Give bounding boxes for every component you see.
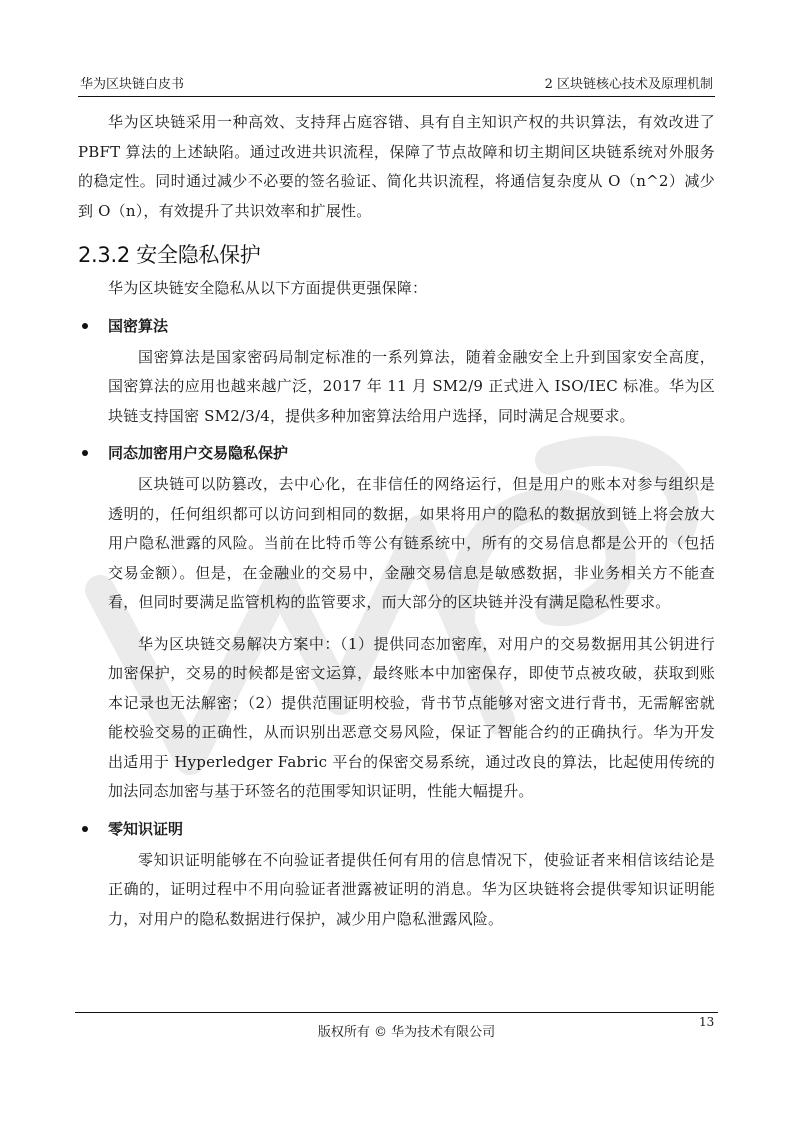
section-heading: 2.3.2 安全隐私保护 (78, 240, 715, 270)
page-content: 华为区块链采用一种高效、支持拜占庭容错、具有自主知识产权的共识算法，有效改进了 … (78, 108, 715, 934)
bullet-item-body: 区块链可以防篡改，去中心化，在非信任的网络运行，但是用户的账本对参与组织是透明的… (78, 470, 715, 807)
bullet-icon (82, 323, 88, 329)
page-header: 华为区块链白皮书 2 区块链核心技术及原理机制 (78, 76, 715, 96)
bullet-icon (82, 826, 88, 832)
intro-paragraph: 华为区块链采用一种高效、支持拜占庭容错、具有自主知识产权的共识算法，有效改进了 … (78, 108, 715, 226)
bullet-item-title: 同态加密用户交易隐私保护 (78, 439, 715, 468)
footer-copyright: 版权所有 © 华为技术有限公司 (0, 1024, 793, 1042)
paragraph-spacer (108, 618, 715, 630)
section-lead-paragraph: 华为区块链安全隐私从以下方面提供更强保障： (78, 274, 715, 304)
header-divider (78, 96, 715, 97)
document-page: 华为区块链白皮书 2 区块链核心技术及原理机制 华为区块链采用一种高效、支持拜占… (0, 0, 793, 1122)
header-chapter-title: 2 区块链核心技术及原理机制 (545, 76, 713, 94)
footer-divider (75, 1012, 718, 1013)
bullet-item-title: 零知识证明 (78, 815, 715, 844)
header-document-title: 华为区块链白皮书 (80, 76, 184, 94)
bullet-title-text: 同态加密用户交易隐私保护 (108, 444, 288, 462)
bullet-item-body: 零知识证明能够在不向验证者提供任何有用的信息情况下，使验证者来相信该结论是正确的… (78, 846, 715, 935)
bullet-title-text: 国密算法 (108, 317, 168, 335)
body-paragraph: 零知识证明能够在不向验证者提供任何有用的信息情况下，使验证者来相信该结论是正确的… (108, 846, 715, 935)
bullet-icon (82, 450, 88, 456)
body-paragraph: 华为区块链交易解决方案中：（1）提供同态加密库，对用户的交易数据用其公钥进行加密… (108, 630, 715, 807)
bullet-title-text: 零知识证明 (108, 820, 183, 838)
bullet-item-body: 国密算法是国家密码局制定标准的一系列算法，随着金融安全上升到国家安全高度，国密算… (78, 343, 715, 432)
body-paragraph: 区块链可以防篡改，去中心化，在非信任的网络运行，但是用户的账本对参与组织是透明的… (108, 470, 715, 618)
bullet-item-title: 国密算法 (78, 312, 715, 341)
body-paragraph: 国密算法是国家密码局制定标准的一系列算法，随着金融安全上升到国家安全高度，国密算… (108, 343, 715, 432)
